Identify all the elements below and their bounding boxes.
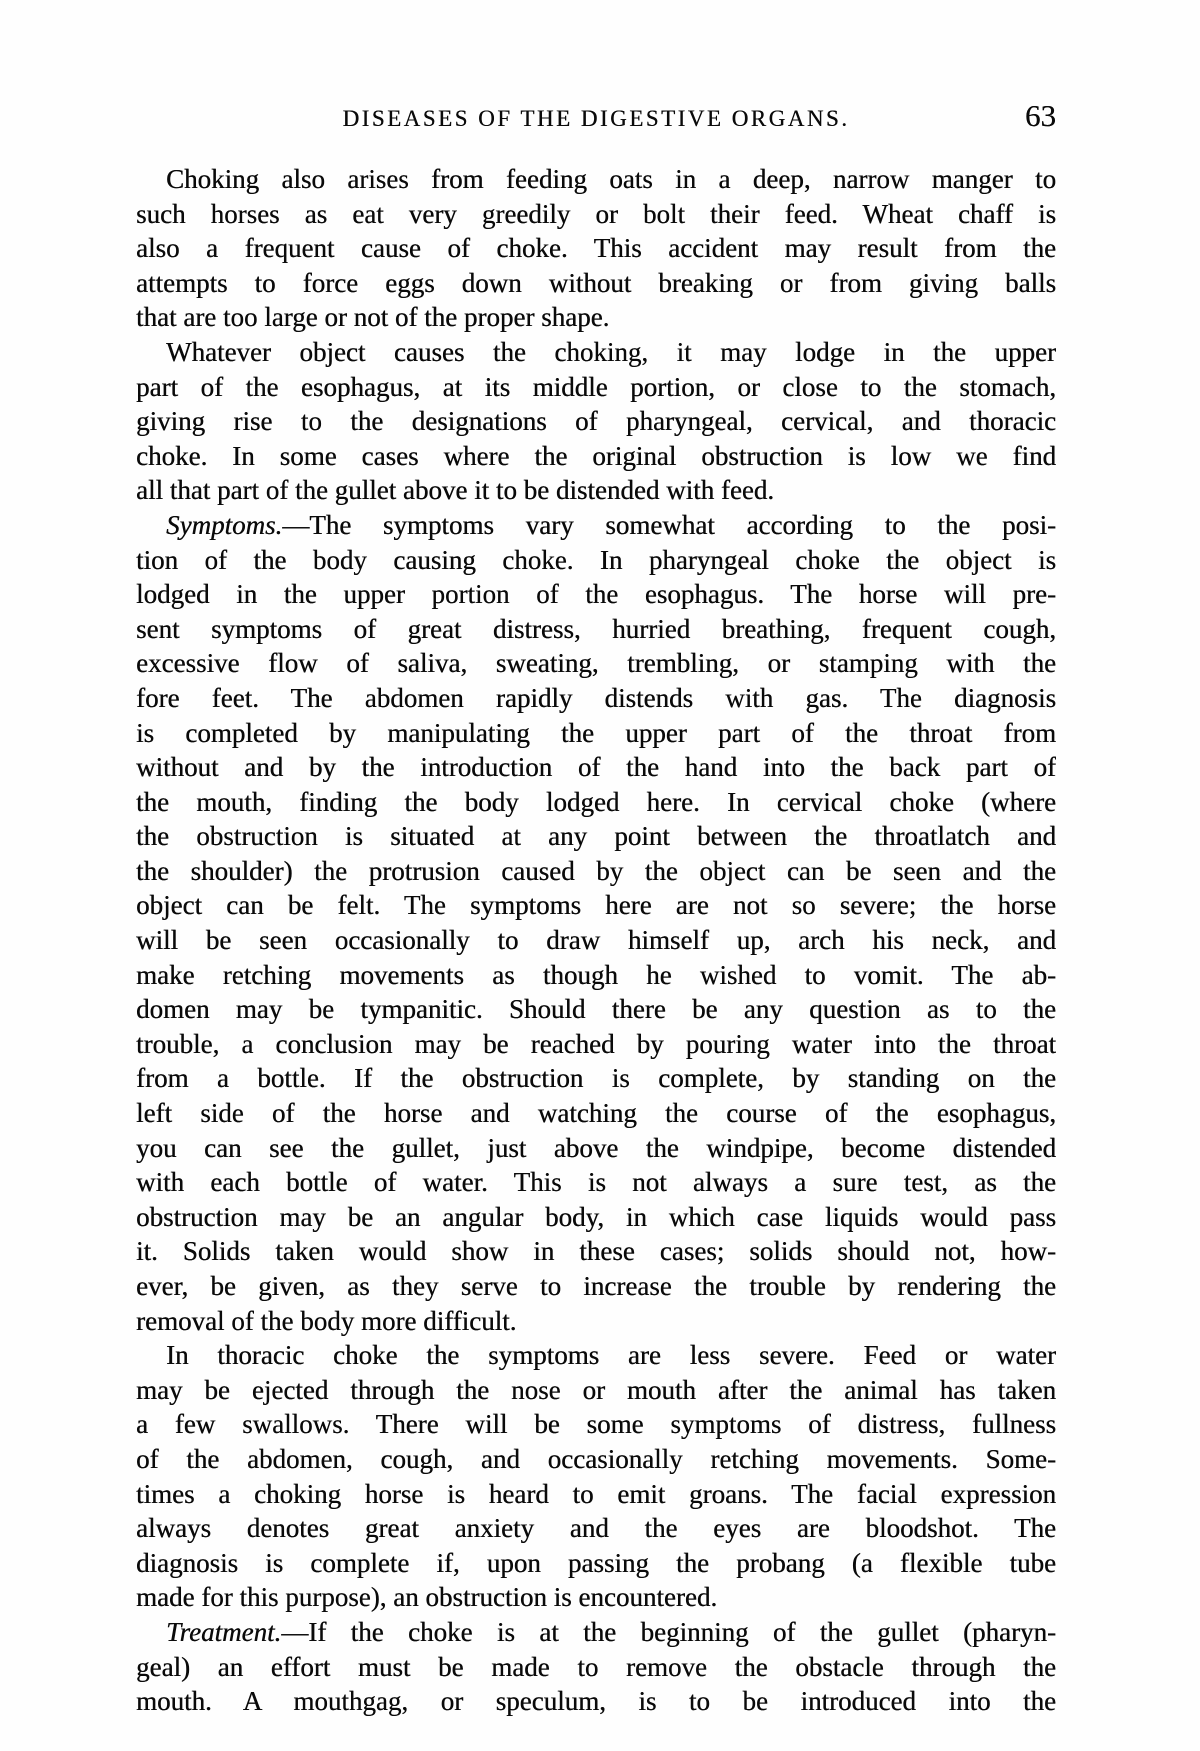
text-line: is completed by manipulating the upper p… (136, 716, 1056, 751)
paragraph: Treatment.—If the choke is at the beginn… (136, 1615, 1056, 1719)
page-text: Choking also arises from feeding oats in… (136, 162, 1056, 1719)
text-line: attempts to force eggs down without brea… (136, 266, 1056, 301)
text-line: from a bottle. If the obstruction is com… (136, 1061, 1056, 1096)
paragraph: In thoracic choke the symptoms are less … (136, 1338, 1056, 1615)
text-line: without and by the introduction of the h… (136, 750, 1056, 785)
text-line: excessive flow of saliva, sweating, trem… (136, 646, 1056, 681)
text-line: giving rise to the designations of phary… (136, 404, 1056, 439)
paragraph: Whatever object causes the choking, it m… (136, 335, 1056, 508)
text-line: object can be felt. The symptoms here ar… (136, 888, 1056, 923)
text-line: fore feet. The abdomen rapidly distends … (136, 681, 1056, 716)
text-line: the mouth, finding the body lodged here.… (136, 785, 1056, 820)
text-line: Treatment.—If the choke is at the beginn… (136, 1615, 1056, 1650)
text-line: the shoulder) the protrusion caused by t… (136, 854, 1056, 889)
text-line: In thoracic choke the symptoms are less … (136, 1338, 1056, 1373)
text-line: will be seen occasionally to draw himsel… (136, 923, 1056, 958)
text-line: Whatever object causes the choking, it m… (136, 335, 1056, 370)
text-line: sent symptoms of great distress, hurried… (136, 612, 1056, 647)
text-line: you can see the gullet, just above the w… (136, 1131, 1056, 1166)
text-line: part of the esophagus, at its middle por… (136, 370, 1056, 405)
text-line: left side of the horse and watching the … (136, 1096, 1056, 1131)
text-line: of the abdomen, cough, and occasionally … (136, 1442, 1056, 1477)
text-line: domen may be tympanitic. Should there be… (136, 992, 1056, 1027)
text-line: also a frequent cause of choke. This acc… (136, 231, 1056, 266)
text-line: it. Solids taken would show in these cas… (136, 1234, 1056, 1269)
text-line: always denotes great anxiety and the eye… (136, 1511, 1056, 1546)
text-line: all that part of the gullet above it to … (136, 473, 1056, 508)
paragraph: Choking also arises from feeding oats in… (136, 162, 1056, 335)
text-line: tion of the body causing choke. In phary… (136, 543, 1056, 578)
italic-lead: Symptoms. (166, 510, 282, 540)
text-line: make retching movements as though he wis… (136, 958, 1056, 993)
text-line: trouble, a conclusion may be reached by … (136, 1027, 1056, 1062)
running-head: DISEASES OF THE DIGESTIVE ORGANS. 63 (136, 100, 1056, 142)
italic-lead: Treatment. (166, 1617, 281, 1647)
text-line: that are too large or not of the proper … (136, 300, 1056, 335)
page-number: 63 (1025, 98, 1056, 134)
text-line: geal) an effort must be made to remove t… (136, 1650, 1056, 1685)
text-line: obstruction may be an angular body, in w… (136, 1200, 1056, 1235)
paragraph: Symptoms.—The symptoms vary somewhat acc… (136, 508, 1056, 1338)
text-line: times a choking horse is heard to emit g… (136, 1477, 1056, 1512)
text-line: may be ejected through the nose or mouth… (136, 1373, 1056, 1408)
text-line: such horses as eat very greedily or bolt… (136, 197, 1056, 232)
text-line: made for this purpose), an obstruction i… (136, 1580, 1056, 1615)
text-line: Choking also arises from feeding oats in… (136, 162, 1056, 197)
text-line: Symptoms.—The symptoms vary somewhat acc… (136, 508, 1056, 543)
text-line: a few swallows. There will be some sympt… (136, 1407, 1056, 1442)
text-line: ever, be given, as they serve to increas… (136, 1269, 1056, 1304)
text-line: removal of the body more difficult. (136, 1304, 1056, 1339)
book-page: DISEASES OF THE DIGESTIVE ORGANS. 63 Cho… (0, 0, 1200, 1751)
text-line: mouth. A mouthgag, or speculum, is to be… (136, 1684, 1056, 1719)
text-line: with each bottle of water. This is not a… (136, 1165, 1056, 1200)
text-line: diagnosis is complete if, upon passing t… (136, 1546, 1056, 1581)
text-line: choke. In some cases where the original … (136, 439, 1056, 474)
running-header-title: DISEASES OF THE DIGESTIVE ORGANS. (136, 106, 1056, 132)
text-line: lodged in the upper portion of the esoph… (136, 577, 1056, 612)
text-line: the obstruction is situated at any point… (136, 819, 1056, 854)
